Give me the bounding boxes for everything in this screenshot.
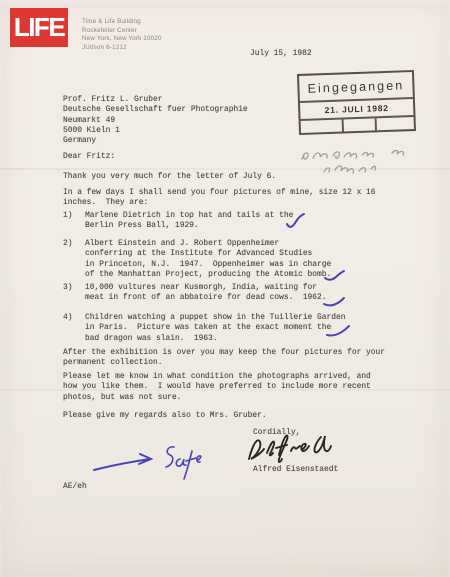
- paper-crease: [0, 168, 450, 170]
- pencil-annotation: [296, 145, 416, 179]
- received-stamp: Eingegangen 21. JULI 1982: [297, 70, 416, 135]
- list-item-1: 1) Marlene Dietrich in top hat and tails…: [63, 211, 293, 232]
- arrow-ink: [92, 452, 156, 474]
- list-number: 4): [63, 313, 85, 344]
- paragraph-thanks: Thank you very much for the letter of Ju…: [63, 172, 276, 182]
- stamp-cell: [343, 118, 377, 131]
- valediction: Cordially,: [253, 428, 300, 438]
- typed-signature-name: Alfred Eisenstaedt: [253, 465, 338, 475]
- scanned-letter-page: LIFE Time & Life BuildingRockefeller Cen…: [0, 0, 450, 577]
- list-item-2: 2) Albert Einstein and J. Robert Oppenhe…: [63, 239, 331, 280]
- paragraph-pictures: In a few days I shall send you four pict…: [63, 188, 376, 209]
- paragraph-condition: Please let me know in what condition the…: [63, 372, 371, 403]
- list-text: Marlene Dietrich in top hat and tails at…: [85, 211, 293, 232]
- list-number: 2): [63, 239, 85, 280]
- stamp-cell: [301, 119, 344, 132]
- list-text: Children watching a puppet show in the T…: [85, 313, 345, 344]
- handwritten-word-ink: [158, 443, 204, 483]
- list-number: 3): [63, 283, 85, 304]
- paragraph-exhibition: After the exhibition is over you may kee…: [63, 348, 385, 369]
- typist-initials: AE/eh: [63, 482, 87, 492]
- stamp-cells: [301, 117, 414, 133]
- paragraph-regards: Please give my regards also to Mrs. Grub…: [63, 411, 267, 421]
- life-logo: LIFE: [10, 8, 68, 47]
- list-number: 1): [63, 211, 85, 232]
- salutation: Dear Fritz:: [63, 152, 115, 162]
- list-text: 10,000 vultures near Kusmorgh, India, wa…: [85, 283, 327, 304]
- stamp-cell: [377, 117, 414, 130]
- list-item-3: 3) 10,000 vultures near Kusmorgh, India,…: [63, 283, 327, 304]
- list-item-4: 4) Children watching a puppet show in th…: [63, 313, 345, 344]
- list-text: Albert Einstein and J. Robert Oppenheime…: [85, 239, 331, 280]
- recipient-address: Prof. Fritz L. GruberDeutsche Gesellscha…: [63, 95, 248, 146]
- date-line: July 15, 1982: [250, 49, 312, 59]
- letterhead-address: Time & Life BuildingRockefeller CenterNe…: [82, 18, 162, 53]
- stamp-title: Eingegangen: [299, 72, 413, 103]
